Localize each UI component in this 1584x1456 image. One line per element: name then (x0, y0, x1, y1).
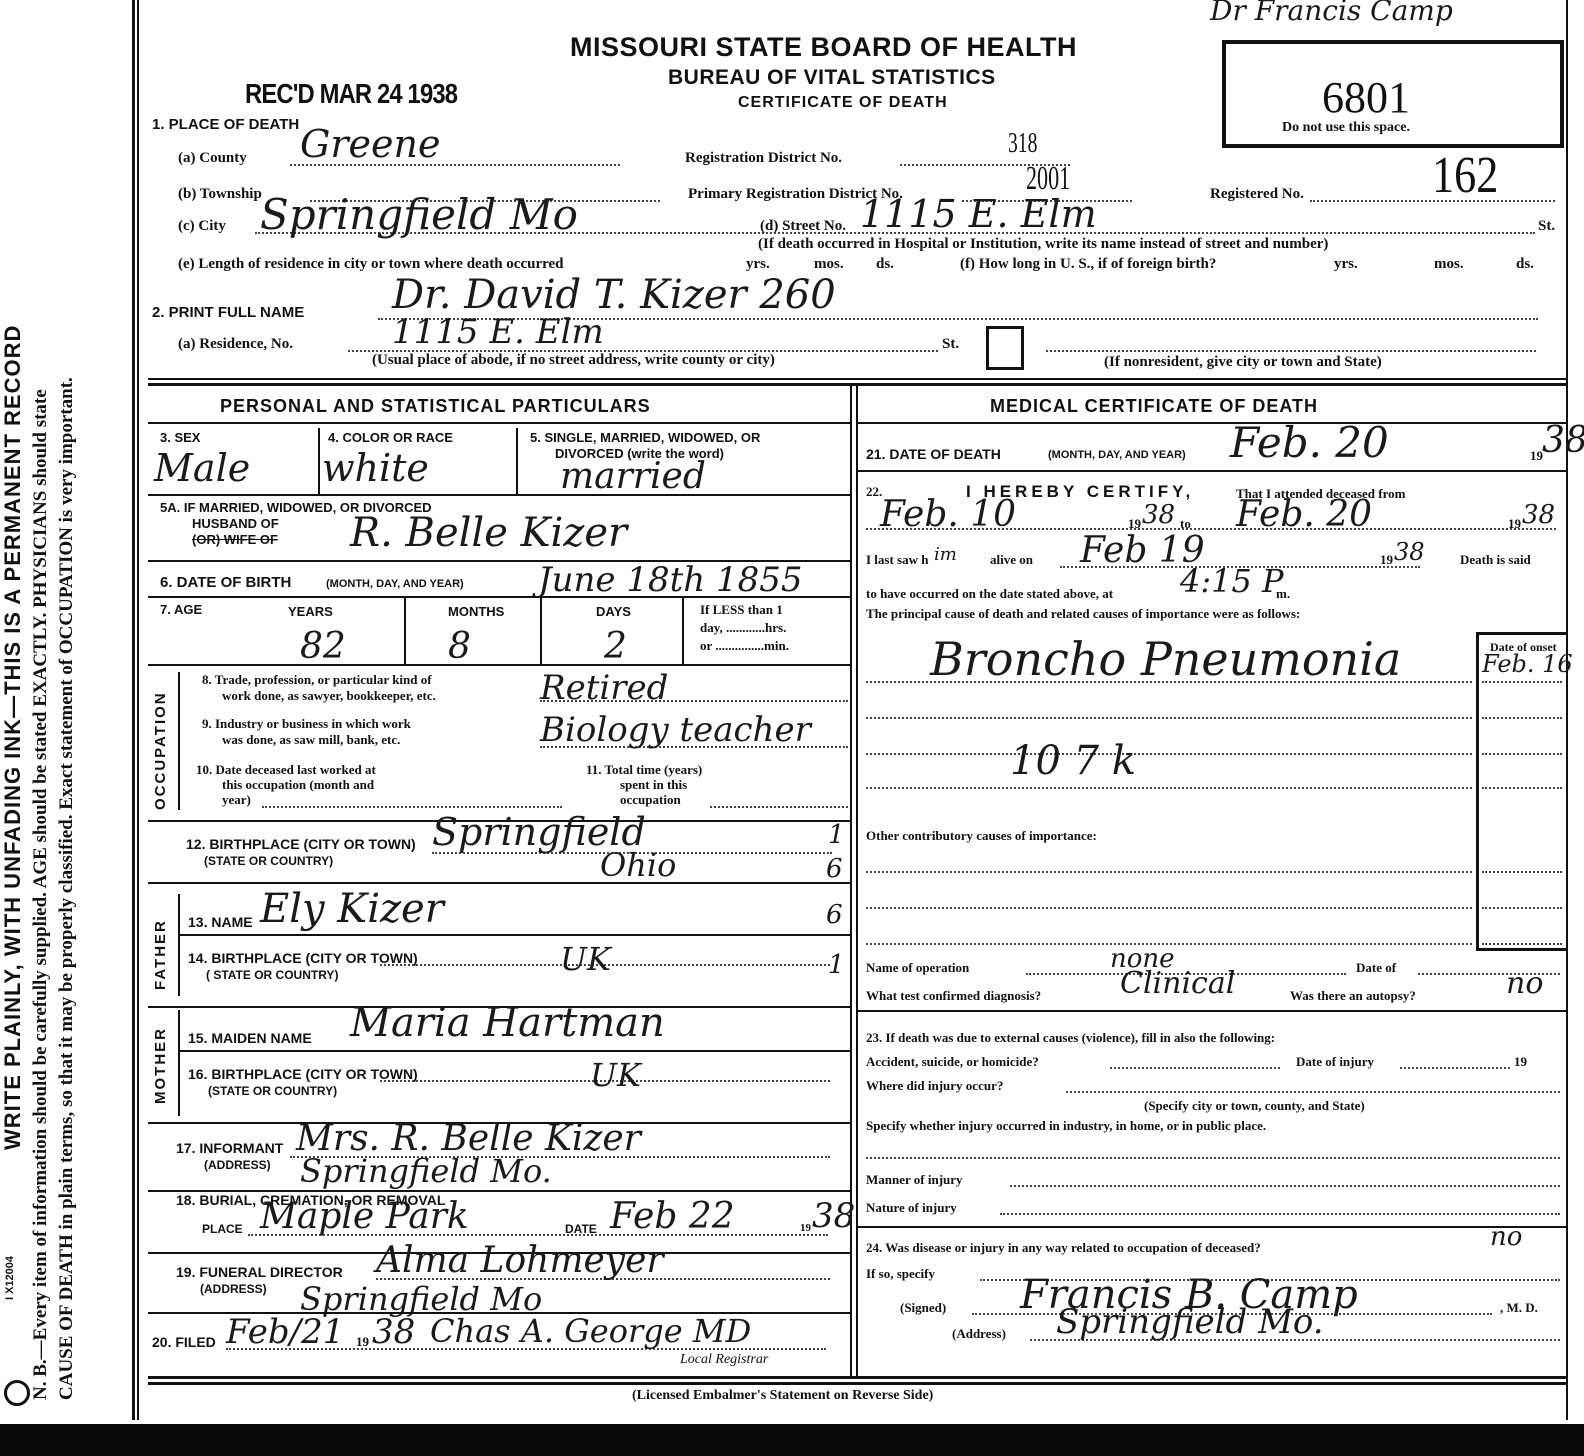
physician-address-field[interactable]: Springfield Mo. (1056, 1302, 1324, 1342)
spouse-label-2: HUSBAND OF (192, 516, 279, 531)
father-birthplace-sublabel: ( STATE OR COUNTRY) (206, 968, 338, 982)
father-name-label: 13. NAME (188, 914, 253, 930)
trade-label-1: 8. Trade, profession, or particular kind… (202, 672, 432, 688)
page-title: MISSOURI STATE BOARD OF HEALTH (570, 32, 1077, 63)
dob-label: 6. DATE OF BIRTH (160, 574, 291, 591)
operation-date-label: Date of (1356, 960, 1396, 976)
trade-field[interactable]: Retired (540, 668, 668, 708)
less-than-day-min: or ...............min. (700, 638, 789, 654)
registered-number-field[interactable]: 162 (1432, 146, 1498, 205)
rule (178, 894, 180, 996)
diagnosis-test-label: What test confirmed diagnosis? (866, 988, 1041, 1004)
occupation-vertical-label: OCCUPATION (152, 691, 169, 810)
father-name-field[interactable]: Ely Kizer (260, 886, 444, 932)
industry-label-1: 9. Industry or business in which work (202, 716, 411, 732)
residence-yrs: yrs. (746, 256, 770, 273)
registration-district-label: Registration District No. (685, 150, 842, 167)
race-label: 4. COLOR OR RACE (328, 430, 453, 445)
rule (1476, 632, 1479, 950)
attended-to-year[interactable]: 38 (1522, 500, 1555, 530)
rule (1482, 906, 1562, 909)
birthplace-label: 12. BIRTHPLACE (CITY OR TOWN) (186, 836, 416, 852)
injury-where-label: Where did injury occur? (866, 1078, 1003, 1094)
rule (148, 664, 850, 666)
last-saw-pronoun[interactable]: im (934, 544, 957, 565)
nonresident-line[interactable] (1046, 346, 1536, 352)
rule (318, 428, 320, 494)
if-so-label: If so, specify (866, 1266, 935, 1282)
rule (858, 422, 1566, 424)
last-worked-label-2: this occupation (month and (222, 777, 374, 793)
trade-label-2: work done, as sawyer, bookkeeper, etc. (222, 688, 436, 704)
injury-date-label: Date of injury (1296, 1054, 1374, 1070)
top-right-annotation: Dr Francis Camp (1210, 0, 1453, 27)
signed-label: (Signed) (900, 1300, 946, 1316)
date-of-death-sublabel: (MONTH, DAY, AND YEAR) (1048, 449, 1186, 461)
rule (180, 1050, 850, 1052)
street-suffix: St. (1538, 218, 1555, 235)
sex-field[interactable]: Male (154, 446, 250, 490)
rule (148, 882, 850, 884)
mother-birthplace-sublabel: (STATE OR COUNTRY) (208, 1084, 337, 1098)
mother-name-field[interactable]: Maria Hartman (350, 1000, 665, 1046)
accident-label: Accident, suicide, or homicide? (866, 1054, 1039, 1070)
mother-vertical-label: MOTHER (152, 1027, 169, 1104)
informant-sublabel: (ADDRESS) (204, 1158, 271, 1172)
nature-field[interactable] (1000, 1212, 1560, 1215)
foreign-yrs: yrs. (1334, 256, 1358, 273)
rule (148, 596, 850, 598)
sex-label: 3. SEX (160, 430, 200, 445)
city-field[interactable]: Springfield Mo (260, 190, 578, 239)
marital-label-1: 5. SINGLE, MARRIED, WIDOWED, OR (530, 430, 760, 445)
last-saw-year[interactable]: 38 (1394, 538, 1425, 566)
stamp-note: Do not use this space. (1282, 120, 1410, 136)
last-saw-label: I last saw h (866, 552, 929, 568)
received-stamp: REC'D MAR 24 1938 (245, 78, 457, 110)
margin-note-line-1: N. B.—Every item of information should b… (30, 389, 52, 1400)
date-of-death-label: 21. DATE OF DEATH (866, 446, 1001, 462)
cause-line-3[interactable] (866, 752, 1472, 755)
residence-label: (a) Residence, No. (178, 336, 293, 353)
residence-suffix: St. (942, 336, 959, 353)
time-of-death-field[interactable]: 4:15 P (1180, 562, 1284, 600)
street-note: (If death occurred in Hospital or Instit… (758, 236, 1328, 253)
medical-certificate-heading: MEDICAL CERTIFICATE OF DEATH (990, 396, 1318, 417)
rule (178, 672, 180, 810)
county-field[interactable]: Greene (300, 122, 440, 166)
physician-address-label: (Address) (952, 1326, 1006, 1342)
permanent-record-instruction: WRITE PLAINLY, WITH UNFADING INK—THIS IS… (0, 325, 26, 1150)
time-suffix: m. (1276, 586, 1290, 602)
street-field[interactable]: 1115 E. Elm (860, 192, 1097, 236)
injury-where-field[interactable] (1066, 1090, 1560, 1093)
injury-date-field[interactable] (1400, 1066, 1510, 1069)
cause-line-2[interactable] (866, 716, 1472, 719)
funeral-director-sublabel: (ADDRESS) (200, 1282, 267, 1296)
registrar-signature[interactable]: Chas A. George MD (430, 1312, 751, 1350)
residence-length-label: (e) Length of residence in city or town … (178, 256, 564, 273)
rule (516, 428, 518, 494)
rule (682, 598, 684, 664)
industry-label-2: was done, as saw mill, bank, etc. (222, 732, 400, 748)
years-field[interactable]: 82 (300, 626, 346, 667)
md-suffix: , M. D. (1500, 1300, 1538, 1316)
occupation-related-label: 24. Was disease or injury in any way rel… (866, 1240, 1261, 1256)
section-rule (148, 378, 1566, 380)
autopsy-field[interactable]: no (1506, 966, 1543, 1001)
rule (148, 422, 850, 424)
county-label: (a) County (178, 150, 247, 167)
death-said-label: Death is said (1460, 552, 1531, 568)
registration-district-field[interactable]: 318 (1008, 128, 1037, 160)
last-worked-label-1: 10. Date deceased last worked at (196, 762, 376, 778)
other-causes-label: Other contributory causes of importance: (866, 828, 1097, 844)
township-label: (b) Township (178, 186, 262, 203)
date-of-death-field[interactable]: Feb. 20 (1230, 418, 1389, 467)
registered-number-label: Registered No. (1210, 186, 1304, 203)
months-field[interactable]: 8 (448, 626, 471, 667)
certificate-number-box: 6801 Do not use this space. (1222, 40, 1564, 148)
foreign-ds: ds. (1516, 256, 1534, 273)
attended-from-field[interactable]: Feb. 10 (880, 494, 1016, 535)
days-label: DAYS (596, 604, 631, 619)
cause-intro: The principal cause of death and related… (866, 606, 1300, 622)
less-than-day-hrs: day, ............hrs. (700, 620, 786, 636)
embalmer-note: (Licensed Embalmer's Statement on Revers… (632, 1388, 933, 1404)
last-worked-field[interactable] (262, 804, 562, 808)
injury-year-prefix: 19 (1514, 1054, 1527, 1070)
scan-bottom-edge (0, 1424, 1584, 1456)
dob-field[interactable]: June 18th 1855 (538, 560, 803, 600)
attended-to-field[interactable]: Feb. 20 (1236, 494, 1372, 535)
residence-ds: ds. (876, 256, 894, 273)
rule (540, 598, 542, 664)
burial-year-prefix: 19 (800, 1222, 811, 1234)
last-saw-year-prefix: 19 (1380, 552, 1393, 568)
father-vertical-label: FATHER (152, 919, 169, 990)
primary-cause-field[interactable]: Broncho Pneumonia (930, 632, 1401, 686)
informant-label: 17. INFORMANT (176, 1140, 283, 1156)
full-name-label: 2. PRINT FULL NAME (152, 304, 304, 321)
side-code-2: 6 (826, 854, 843, 884)
residence-field[interactable]: 1115 E. Elm (392, 312, 604, 352)
informant-address-field[interactable]: Springfield Mo. (300, 1152, 552, 1190)
place-of-death-label: 1. PLACE OF DEATH (152, 116, 299, 133)
rule (858, 1226, 1566, 1228)
burial-year-field[interactable]: 38 (812, 1196, 855, 1236)
bureau-subtitle: BUREAU OF VITAL STATISTICS (668, 66, 996, 90)
local-registrar-label: Local Registrar (680, 1352, 768, 1368)
nature-label: Nature of injury (866, 1200, 957, 1216)
birthplace-state-field[interactable]: Ohio (600, 846, 676, 884)
occupation-related-field[interactable]: no (1490, 1222, 1522, 1252)
spouse-field[interactable]: R. Belle Kizer (350, 510, 627, 556)
filed-year-prefix: 19 (356, 1334, 369, 1350)
attended-from-year[interactable]: 38 (1142, 500, 1175, 530)
date-label: DATE (565, 1222, 597, 1236)
external-causes-label: 23. If death was due to external causes … (866, 1030, 1275, 1046)
mother-birthplace-field[interactable]: UK (590, 1056, 641, 1094)
years-label: YEARS (288, 604, 333, 619)
rule (1482, 786, 1562, 789)
residence-mos: mos. (814, 256, 844, 273)
last-worked-label-3: year) (222, 792, 251, 808)
residence-note: (Usual place of abode, if no street addr… (372, 352, 775, 369)
rule (178, 1010, 180, 1116)
primary-cause-onset-field[interactable]: Feb. 16 (1482, 650, 1573, 678)
birthplace-sublabel: (STATE OR COUNTRY) (204, 854, 333, 868)
rule (1476, 948, 1566, 951)
dob-sublabel: (MONTH, DAY, AND YEAR) (326, 578, 464, 590)
operation-label: Name of operation (866, 960, 969, 976)
residence-checkbox[interactable] (986, 326, 1024, 370)
total-time-label-3: occupation (620, 792, 681, 808)
union-label-seal-icon (4, 1380, 30, 1406)
dod-year-field[interactable]: 38 (1542, 420, 1584, 461)
city-label: (c) City (178, 218, 226, 235)
foreign-mos: mos. (1434, 256, 1464, 273)
manner-label: Manner of injury (866, 1172, 963, 1188)
margin-rule (132, 0, 135, 1420)
side-code-3: 6 (826, 900, 843, 930)
filed-label: 20. FILED (152, 1334, 216, 1350)
rule (1482, 870, 1562, 873)
spouse-label-3: (OR) WIFE OF (192, 532, 278, 547)
other-cause-line-2[interactable] (866, 906, 1472, 909)
cause-line-4[interactable] (866, 786, 1472, 789)
document-type: CERTIFICATE OF DEATH (738, 94, 948, 112)
rule (148, 1376, 1566, 1379)
other-cause-line-1[interactable] (866, 870, 1472, 873)
foreign-birth-label: (f) How long in U. S., if of foreign bir… (960, 256, 1216, 273)
rule (858, 1010, 1566, 1012)
attended-to-year-prefix: 19 (1508, 516, 1521, 532)
burial-date-field[interactable]: Feb 22 (610, 1196, 735, 1237)
diagnosis-test-field[interactable]: Clinical (1120, 966, 1235, 1001)
father-birthplace-field[interactable]: UK (560, 940, 611, 978)
rule (1482, 716, 1562, 719)
certificate-number: 6801 (1322, 72, 1410, 123)
place-label: PLACE (202, 1222, 243, 1236)
occurred-label: to have occurred on the date stated abov… (866, 586, 1113, 602)
total-time-field[interactable] (710, 804, 848, 808)
accident-field[interactable] (1110, 1066, 1280, 1069)
rule (1482, 942, 1562, 945)
manner-field[interactable] (1010, 1184, 1560, 1187)
rule (1482, 752, 1562, 755)
total-time-label-2: spent in this (620, 777, 687, 793)
rule (858, 470, 1566, 472)
alive-on-label: alive on (990, 552, 1033, 568)
months-label: MONTHS (448, 604, 504, 619)
personal-particulars-heading: PERSONAL AND STATISTICAL PARTICULARS (220, 396, 651, 417)
industry-field[interactable]: Biology teacher (540, 710, 811, 750)
injury-where-note: (Specify city or town, county, and State… (1144, 1098, 1365, 1114)
less-than-1-label: If LESS than 1 (700, 602, 783, 618)
filed-date-field[interactable]: Feb/21 (226, 1312, 344, 1352)
cause-note-field[interactable]: 10 7 k (1010, 738, 1136, 784)
race-field[interactable]: white (322, 446, 429, 490)
autopsy-label: Was there an autopsy? (1290, 988, 1416, 1004)
rule (148, 1382, 1566, 1385)
street-number-label: (d) Street No. (760, 218, 846, 235)
funeral-director-field[interactable]: Alma Lohmeyer (376, 1240, 664, 1281)
filed-year-field[interactable]: 38 (372, 1312, 415, 1352)
right-edge-rule (1566, 0, 1568, 1420)
form-code: I X12004 (4, 1256, 16, 1300)
total-time-label-1: 11. Total time (years) (586, 762, 702, 778)
nonresident-note: (If nonresident, give city or town and S… (1104, 354, 1382, 371)
funeral-director-label: 19. FUNERAL DIRECTOR (176, 1264, 343, 1280)
rule (404, 598, 406, 664)
side-code-4: 1 (828, 950, 845, 980)
injury-place-label: Specify whether injury occurred in indus… (866, 1118, 1266, 1134)
injury-place-field[interactable] (866, 1156, 1560, 1159)
days-field[interactable]: 2 (604, 626, 627, 667)
marital-field[interactable]: married (560, 456, 706, 497)
margin-note-line-2: CAUSE OF DEATH in plain terms, so that i… (56, 377, 78, 1400)
left-margin-band: WRITE PLAINLY, WITH UNFADING INK—THIS IS… (0, 0, 135, 1420)
rule (180, 934, 850, 936)
burial-place-field[interactable]: Maple Park (260, 1196, 469, 1237)
age-label: 7. AGE (160, 602, 202, 617)
rule (1476, 632, 1566, 635)
mother-name-label: 15. MAIDEN NAME (188, 1030, 312, 1046)
margin-rule-inner (137, 0, 139, 1420)
rule (1482, 680, 1562, 683)
side-code-1: 1 (828, 820, 845, 850)
rule (148, 494, 850, 496)
